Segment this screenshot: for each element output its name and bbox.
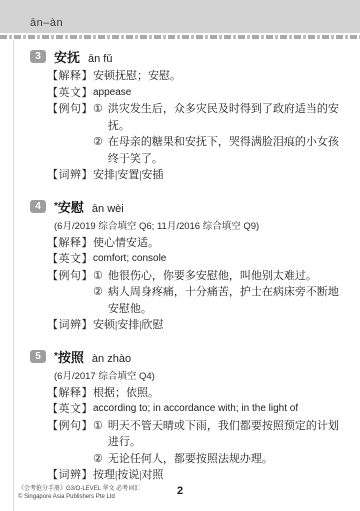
example-list: ① 他很伤心，你要多安慰他，叫他别太难过。 ② 病人周身疼痛，十分痛苦，护士在病… xyxy=(93,268,342,318)
discrimination-label: 【词辨】 xyxy=(47,317,93,334)
english-row: 【英文】 appease xyxy=(47,85,342,102)
dictionary-entry: 4 *安慰ān wèi (6月/2019 综合填空 Q6; 11月/2016 综… xyxy=(30,197,342,334)
example-text: 在母亲的糖果和安抚下，哭得满脸泪痕的小女孩终于笑了。 xyxy=(108,134,342,167)
discrimination-row: 【词辨】 安顿|安排|欣慰 xyxy=(47,317,342,334)
headword: 安抚 xyxy=(54,47,80,66)
discrimination-row: 【词辨】 安排|安置|安插 xyxy=(47,167,342,184)
example-marker: ① xyxy=(93,418,103,451)
example-list: ① 明天不管天晴或下雨，我们都要按照预定的计划进行。 ② 无论任何人，都要按照法… xyxy=(93,418,342,468)
english-text: according to; in accordance with; in the… xyxy=(93,401,342,418)
entry-number-badge: 3 xyxy=(30,50,46,63)
english-label: 【英文】 xyxy=(47,401,93,418)
page-header-band: ān–àn xyxy=(0,0,360,33)
pinyin: ān wèi xyxy=(92,203,124,215)
entry-heading: 3 安抚ān fǔ xyxy=(30,47,342,66)
example-row: 【例句】 ① 明天不管天晴或下雨，我们都要按照预定的计划进行。 ② 无论任何人，… xyxy=(47,418,342,468)
example-marker: ② xyxy=(93,451,103,468)
example-text: 明天不管天晴或下雨，我们都要按照预定的计划进行。 xyxy=(108,418,342,451)
example-text: 他很伤心，你要多安慰他，叫他别太难过。 xyxy=(108,268,342,285)
example-text: 病人周身疼痛，十分痛苦，护士在病床旁不断地安慰他。 xyxy=(108,284,342,317)
example-marker: ① xyxy=(93,268,103,285)
discrimination-row: 【词辨】 按理|按说|对照 xyxy=(47,467,342,484)
english-label: 【英文】 xyxy=(47,251,93,268)
example-item: ① 他很伤心，你要多安慰他，叫他别太难过。 xyxy=(93,268,342,285)
example-label: 【例句】 xyxy=(47,418,93,468)
headword-group: 安抚ān fǔ xyxy=(54,47,112,66)
example-item: ① 洪灾发生后，众多灾民及时得到了政府适当的安抚。 xyxy=(93,101,342,134)
pinyin: ān fǔ xyxy=(88,53,112,65)
example-item: ① 明天不管天晴或下雨，我们都要按照预定的计划进行。 xyxy=(93,418,342,451)
english-text: comfort; console xyxy=(93,251,342,268)
page-number: 2 xyxy=(0,485,360,497)
example-item: ② 在母亲的糖果和安抚下，哭得满脸泪痕的小女孩终于笑了。 xyxy=(93,134,342,167)
english-label: 【英文】 xyxy=(47,85,93,102)
discrimination-label: 【词辨】 xyxy=(47,167,93,184)
example-label: 【例句】 xyxy=(47,268,93,318)
example-text: 洪灾发生后，众多灾民及时得到了政府适当的安抚。 xyxy=(108,101,342,134)
page-footer: 《会考抢分手册》G3/O-LEVEL 华文 必考词汇 © Singapore A… xyxy=(0,485,360,501)
entry-number-badge: 4 xyxy=(30,200,46,213)
discrimination-text: 安顿|安排|欣慰 xyxy=(93,317,342,334)
definition-row: 【解释】 安顿抚慰；安慰。 xyxy=(47,68,342,85)
pinyin: àn zhào xyxy=(92,353,131,365)
definition-text: 根据；依照。 xyxy=(93,385,342,402)
entry-heading: 4 *安慰ān wèi xyxy=(30,197,342,216)
discrimination-text: 按理|按说|对照 xyxy=(93,467,342,484)
definition-label: 【解释】 xyxy=(47,385,93,402)
headword: 安慰 xyxy=(58,197,84,216)
example-item: ② 病人周身疼痛，十分痛苦，护士在病床旁不断地安慰他。 xyxy=(93,284,342,317)
example-row: 【例句】 ① 洪灾发生后，众多灾民及时得到了政府适当的安抚。 ② 在母亲的糖果和… xyxy=(47,101,342,167)
definition-label: 【解释】 xyxy=(47,68,93,85)
english-row: 【英文】 comfort; console xyxy=(47,251,342,268)
headword: 按照 xyxy=(58,347,84,366)
example-marker: ② xyxy=(93,134,103,167)
dictionary-entry: 5 *按照àn zhào (6月/2017 综合填空 Q4) 【解释】 根据；依… xyxy=(30,347,342,484)
entry-number-badge: 5 xyxy=(30,350,46,363)
entry-heading: 5 *按照àn zhào xyxy=(30,347,342,366)
example-label: 【例句】 xyxy=(47,101,93,167)
star-marker: * xyxy=(54,351,58,362)
discrimination-label: 【词辨】 xyxy=(47,467,93,484)
discrimination-text: 安排|安置|安插 xyxy=(93,167,342,184)
headword-group: *按照àn zhào xyxy=(54,347,131,366)
definition-row: 【解释】 根据；依照。 xyxy=(47,385,342,402)
english-row: 【英文】 according to; in accordance with; i… xyxy=(47,401,342,418)
definition-text: 使心情安适。 xyxy=(93,235,342,252)
definition-row: 【解释】 使心情安适。 xyxy=(47,235,342,252)
example-marker: ② xyxy=(93,284,103,317)
example-marker: ① xyxy=(93,101,103,134)
example-list: ① 洪灾发生后，众多灾民及时得到了政府适当的安抚。 ② 在母亲的糖果和安抚下，哭… xyxy=(93,101,342,167)
definition-label: 【解释】 xyxy=(47,235,93,252)
exam-note: (6月/2017 综合填空 Q4) xyxy=(54,368,342,382)
pinyin-range-label: ān–àn xyxy=(30,17,63,29)
definition-text: 安顿抚慰；安慰。 xyxy=(93,68,342,85)
example-item: ② 无论任何人，都要按照法规办理。 xyxy=(93,451,342,468)
star-marker: * xyxy=(54,201,58,212)
example-row: 【例句】 ① 他很伤心，你要多安慰他，叫他别太难过。 ② 病人周身疼痛，十分痛苦… xyxy=(47,268,342,318)
page-content: 3 安抚ān fǔ 【解释】 安顿抚慰；安慰。 【英文】 appease 【例句… xyxy=(0,39,360,484)
english-text: appease xyxy=(93,85,342,102)
exam-note: (6月/2019 综合填空 Q6; 11月/2016 综合填空 Q9) xyxy=(54,218,342,232)
dictionary-entry: 3 安抚ān fǔ 【解释】 安顿抚慰；安慰。 【英文】 appease 【例句… xyxy=(30,47,342,184)
headword-group: *安慰ān wèi xyxy=(54,197,124,216)
example-text: 无论任何人，都要按照法规办理。 xyxy=(108,451,342,468)
